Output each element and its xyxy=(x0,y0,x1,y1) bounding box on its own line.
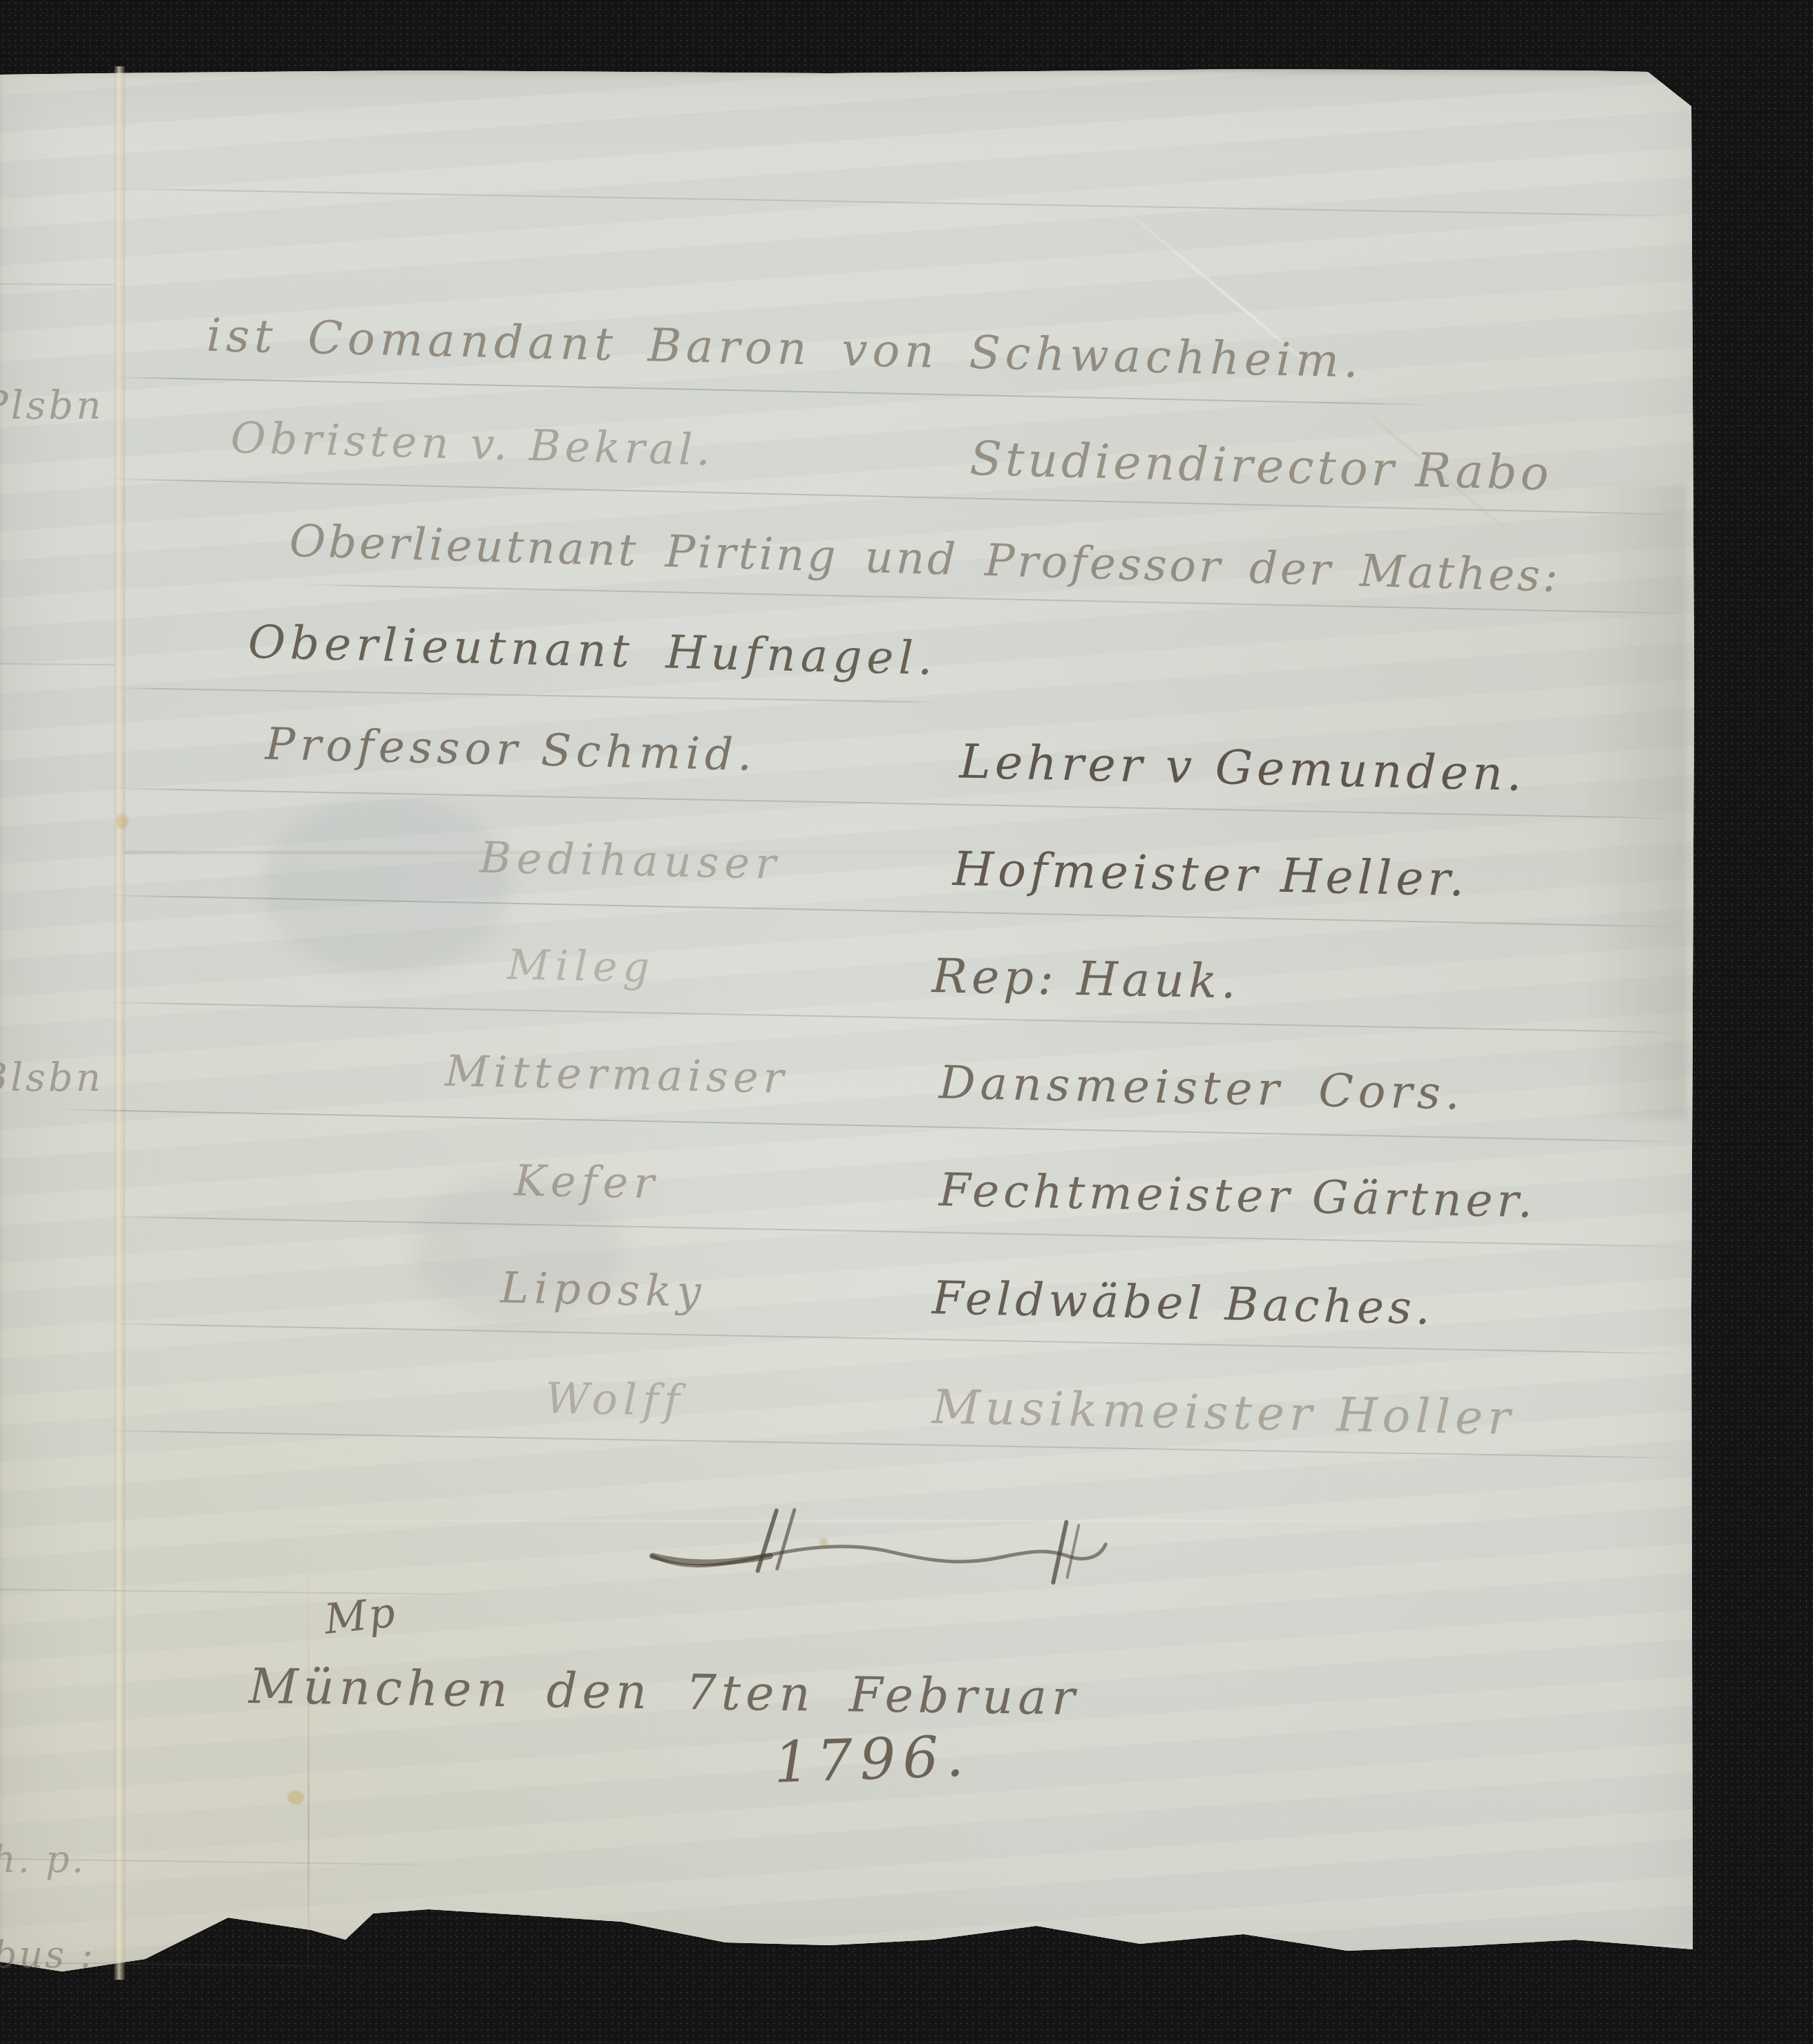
paraph-mark: Mp xyxy=(322,1588,399,1643)
edge-fragment: h. p. xyxy=(0,1837,86,1881)
entry-text: Rep: Hauk. xyxy=(931,949,1240,1010)
fold-seam xyxy=(114,66,125,1980)
entry-text: Hofmeister Heller. xyxy=(952,842,1469,908)
edge-fragment: Plsbn xyxy=(0,383,104,428)
entry-text: Bedihauser xyxy=(479,832,781,889)
year: 1796. xyxy=(772,1723,971,1796)
flourish-divider xyxy=(641,1487,1156,1608)
entry-text: Mileg xyxy=(507,941,656,992)
entry-text: Wolff xyxy=(544,1373,685,1426)
entry-text: Musikmeister Holler xyxy=(931,1380,1515,1446)
entry-text: Mittermaiser xyxy=(444,1046,789,1103)
entry-text: Kefer xyxy=(513,1155,660,1208)
entry-text: Feldwäbel Baches. xyxy=(931,1271,1435,1335)
edge-fragment: bus : xyxy=(0,1933,95,1976)
entry-text: Dansmeister Cors. xyxy=(938,1056,1465,1120)
document-scan: ist Comandant Baron von Schwachheim. Obr… xyxy=(0,0,1813,2044)
entry-text: Liposky xyxy=(500,1262,707,1317)
edge-fragment: Blsbn xyxy=(0,1056,104,1100)
date-line: München den 7ten Februar xyxy=(248,1658,1080,1726)
